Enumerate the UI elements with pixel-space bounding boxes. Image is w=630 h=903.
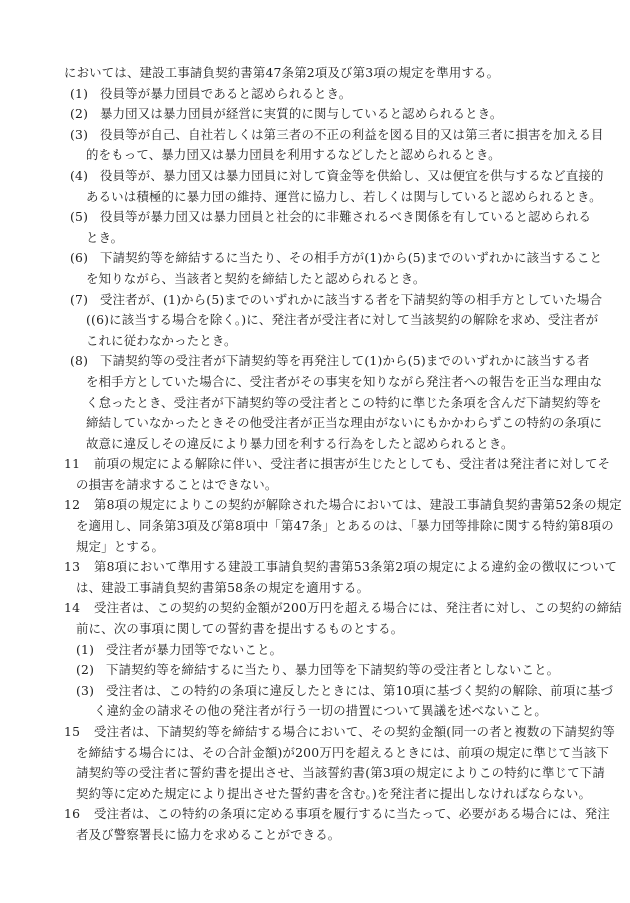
paragraph-14-item-2: (2)下請契約等を締結するに当たり、暴力団等を下請契約等の受注者としないこと。: [64, 660, 569, 681]
paragraph-12-continuation: 規定」とする。: [64, 537, 569, 558]
list-item-2: (2)暴力団又は暴力団員が経営に実質的に関与していると認められるとき。: [64, 104, 569, 125]
paragraph-14-continuation: 前に、次の事項に関しての誓約書を提出するものとする。: [64, 619, 569, 640]
line-text: ((6)に該当する場合を除く。)に、発注者が受注者に対して当該契約の解除を求め、…: [86, 312, 598, 327]
line-text: 役員等が暴力団員であると認められるとき。: [100, 86, 351, 101]
line-text: 的をもって、暴力団又は暴力団員を利用するなどしたと認められるとき。: [86, 147, 501, 162]
line-text: 前項の規定による解除に伴い、受注者に損害が生じたとしても、受注者は発注者に対して…: [94, 456, 610, 471]
list-item-6-continuation: を知りながら、当該者と契約を締結したと認められるとき。: [64, 269, 569, 290]
line-text: 受注者が、(1)から(5)までのいずれかに該当する者を下請契約等の相手方としてい…: [100, 292, 602, 307]
list-item-8-continuation: く怠ったとき、受注者が下請契約等の受注者とこの特約に準じた条項を含んだ下請契約等…: [64, 393, 569, 414]
paragraph-11-continuation: の損害を請求することはできない。: [64, 475, 569, 496]
line-text: の損害を請求することはできない。: [76, 477, 277, 492]
line-text: を適用し、同条第3項及び第8項中「第47条」とあるのは、「暴力団等排除に関する特…: [76, 518, 614, 533]
line-text: 第8項の規定によりこの契約が解除された場合においては、建設工事請負契約書第52条…: [94, 497, 622, 512]
line-text: は、建設工事請負契約書第58条の規定を適用する。: [76, 580, 369, 595]
line-text: 役員等が暴力団又は暴力団員と社会的に非難されるべき関係を有していると認められる: [100, 209, 591, 224]
document-body: においては、建設工事請負契約書第47条第2項及び第3項の規定を準用する。 (1)…: [64, 63, 569, 846]
line-text: 規定」とする。: [76, 539, 164, 554]
line-text: においては、建設工事請負契約書第47条第2項及び第3項の規定を準用する。: [64, 65, 499, 80]
paragraph-13: 13第8項において準用する建設工事請負契約書第53条第2項の規定による違約金の徴…: [64, 557, 569, 578]
list-item-8-continuation: 締結していなかったときその他受注者が正当な理由がないにもかかわらずこの特約の条項…: [64, 413, 569, 434]
line-text: 役員等が、暴力団又は暴力団員に対して資金等を供給し、又は便宜を供与するなど直接的: [100, 168, 604, 183]
paragraph-16: 16受注者は、この特約の条項に定める事項を履行するに当たって、必要がある場合には…: [64, 804, 569, 825]
line-text: 者及び警察署長に協力を求めることができる。: [76, 827, 340, 842]
paragraph-number: 14: [64, 598, 94, 619]
paragraph-15-continuation: を締結する場合には、その合計金額)が200万円を超えるときには、前項の規定に準じ…: [64, 743, 569, 764]
line-text: 故意に違反しその違反により暴力団を利する行為をしたと認められるとき。: [86, 436, 514, 451]
list-item-3: (3)役員等が自己、自社若しくは第三者の不正の利益を図る目的又は第三者に損害を加…: [64, 125, 569, 146]
list-item-4-continuation: あるいは積極的に暴力団の維持、運営に協力し、若しくは関与していると認められるとき…: [64, 187, 569, 208]
paragraph-11: 11前項の規定による解除に伴い、受注者に損害が生じたとしても、受注者は発注者に対…: [64, 454, 569, 475]
line-text: く違約金の請求その他の発注者が行う一切の措置について異議を述べないこと。: [94, 703, 547, 718]
paragraph-15: 15受注者は、下請契約等を締結する場合において、その契約金額(同一の者と複数の下…: [64, 722, 569, 743]
line-text: あるいは積極的に暴力団の維持、運営に協力し、若しくは関与していると認められるとき…: [86, 189, 602, 204]
paragraph-14-item-3: (3)受注者は、この特約の条項に違反したときには、第10項に基づく契約の解除、前…: [64, 681, 569, 702]
line-text: 受注者は、この特約の条項に定める事項を履行するに当たって、必要がある場合には、発…: [94, 806, 610, 821]
document-page: においては、建設工事請負契約書第47条第2項及び第3項の規定を準用する。 (1)…: [0, 0, 630, 903]
list-item-3-continuation: 的をもって、暴力団又は暴力団員を利用するなどしたと認められるとき。: [64, 145, 569, 166]
line-text: 前に、次の事項に関しての誓約書を提出するものとする。: [76, 621, 403, 636]
item-label: (1): [76, 640, 106, 661]
line-text: を締結する場合には、その合計金額)が200万円を超えるときには、前項の規定に準じ…: [76, 745, 609, 760]
line-text: これに従わなかったとき。: [86, 333, 237, 348]
list-item-7: (7)受注者が、(1)から(5)までのいずれかに該当する者を下請契約等の相手方と…: [64, 290, 569, 311]
list-item-7-continuation: ((6)に該当する場合を除く。)に、発注者が受注者に対して当該契約の解除を求め、…: [64, 310, 569, 331]
item-label: (5): [70, 207, 100, 228]
paragraph-12: 12第8項の規定によりこの契約が解除された場合においては、建設工事請負契約書第5…: [64, 495, 569, 516]
paragraph-14-item-3-continuation: く違約金の請求その他の発注者が行う一切の措置について異議を述べないこと。: [64, 701, 569, 722]
line-text: 受注者は、この特約の条項に違反したときには、第10項に基づく契約の解除、前項に基…: [106, 683, 613, 698]
line-text: 契約等に定めた規定により提出させた誓約書を含む。)を発注者に提出しなければならな…: [76, 786, 591, 801]
line-text: 受注者が暴力団等でないこと。: [106, 642, 282, 657]
line-text: を知りながら、当該者と契約を締結したと認められるとき。: [86, 271, 425, 286]
list-item-8-continuation: 故意に違反しその違反により暴力団を利する行為をしたと認められるとき。: [64, 434, 569, 455]
paragraph-12-continuation: を適用し、同条第3項及び第8項中「第47条」とあるのは、「暴力団等排除に関する特…: [64, 516, 569, 537]
line-text: 役員等が自己、自社若しくは第三者の不正の利益を図る目的又は第三者に損害を加える目: [100, 127, 604, 142]
item-label: (3): [70, 125, 100, 146]
paragraph-number: 12: [64, 495, 94, 516]
item-label: (7): [70, 290, 100, 311]
paragraph-number: 13: [64, 557, 94, 578]
item-label: (6): [70, 248, 100, 269]
list-item-5-continuation: とき。: [64, 228, 569, 249]
line-text: 暴力団又は暴力団員が経営に実質的に関与していると認められるとき。: [100, 106, 502, 121]
item-label: (3): [76, 681, 106, 702]
line-text: 下請契約等の受注者が下請契約等を再発注して(1)から(5)までのいずれかに該当す…: [100, 353, 590, 368]
line-text: 受注者は、下請契約等を締結する場合において、その契約金額(同一の者と複数の下請契…: [94, 724, 615, 739]
line-text: とき。: [86, 230, 123, 245]
line-text: 第8項において準用する建設工事請負契約書第53条第2項の規定による違約金の徴収に…: [94, 559, 617, 574]
list-item-8: (8)下請契約等の受注者が下請契約等を再発注して(1)から(5)までのいずれかに…: [64, 351, 569, 372]
paragraph-14: 14受注者は、この契約の契約金額が200万円を超える場合には、発注者に対し、この…: [64, 598, 569, 619]
paragraph-number: 11: [64, 454, 94, 475]
line-text: を相手方としていた場合に、受注者がその事実を知りながら発注者への報告を正当な理由…: [86, 374, 602, 389]
list-item-7-continuation: これに従わなかったとき。: [64, 331, 569, 352]
item-label: (2): [76, 660, 106, 681]
line-text: 締結していなかったときその他受注者が正当な理由がないにもかかわらずこの特約の条項…: [86, 415, 602, 430]
paragraph-number: 16: [64, 804, 94, 825]
item-label: (2): [70, 104, 100, 125]
line-text: 受注者は、この契約の契約金額が200万円を超える場合には、発注者に対し、この契約…: [94, 600, 622, 615]
list-item-1: (1)役員等が暴力団員であると認められるとき。: [64, 84, 569, 105]
list-item-6: (6)下請契約等を締結するに当たり、その相手方が(1)から(5)までのいずれかに…: [64, 248, 569, 269]
paragraph-15-continuation: 請契約等の受注者に誓約書を提出させ、当該誓約書(第3項の規定によりこの特約に準じ…: [64, 763, 569, 784]
list-item-5: (5)役員等が暴力団又は暴力団員と社会的に非難されるべき関係を有していると認めら…: [64, 207, 569, 228]
item-label: (1): [70, 84, 100, 105]
item-label: (4): [70, 166, 100, 187]
line-text: 下請契約等を締結するに当たり、その相手方が(1)から(5)までのいずれかに該当す…: [100, 250, 602, 265]
line-text: く怠ったとき、受注者が下請契約等の受注者とこの特約に準じた条項を含んだ下請契約等…: [86, 395, 602, 410]
line-text: 請契約等の受注者に誓約書を提出させ、当該誓約書(第3項の規定によりこの特約に準じ…: [76, 765, 605, 780]
list-item-8-continuation: を相手方としていた場合に、受注者がその事実を知りながら発注者への報告を正当な理由…: [64, 372, 569, 393]
paragraph-number: 15: [64, 722, 94, 743]
line-text: 下請契約等を締結するに当たり、暴力団等を下請契約等の受注者としないこと。: [106, 662, 559, 677]
paragraph-15-continuation: 契約等に定めた規定により提出させた誓約書を含む。)を発注者に提出しなければならな…: [64, 784, 569, 805]
list-item-4: (4)役員等が、暴力団又は暴力団員に対して資金等を供給し、又は便宜を供与するなど…: [64, 166, 569, 187]
item-label: (8): [70, 351, 100, 372]
paragraph-13-continuation: は、建設工事請負契約書第58条の規定を適用する。: [64, 578, 569, 599]
paragraph-14-item-1: (1)受注者が暴力団等でないこと。: [64, 640, 569, 661]
paragraph-16-continuation: 者及び警察署長に協力を求めることができる。: [64, 825, 569, 846]
lead-paragraph-continuation: においては、建設工事請負契約書第47条第2項及び第3項の規定を準用する。: [64, 63, 569, 84]
